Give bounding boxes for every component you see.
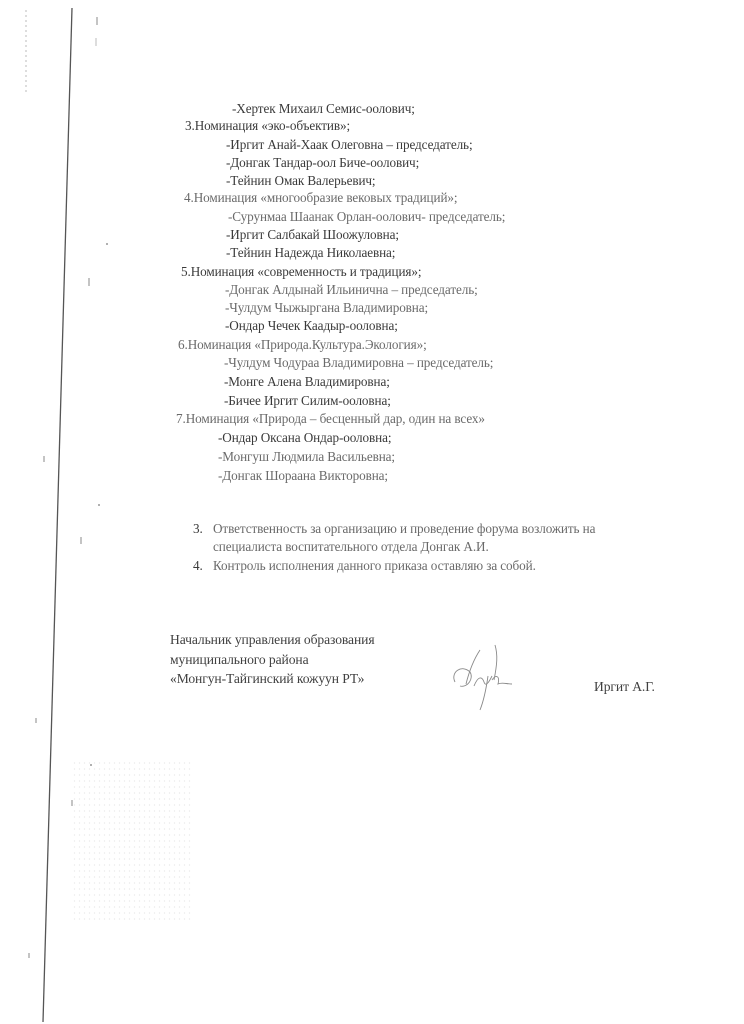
scanned-document-page: -Хертек Михаил Семис-оолович; 3.Номинаци… [0, 0, 744, 1024]
handwritten-signature-icon [0, 0, 744, 1024]
signer-name: Иргит А.Г. [594, 679, 655, 695]
